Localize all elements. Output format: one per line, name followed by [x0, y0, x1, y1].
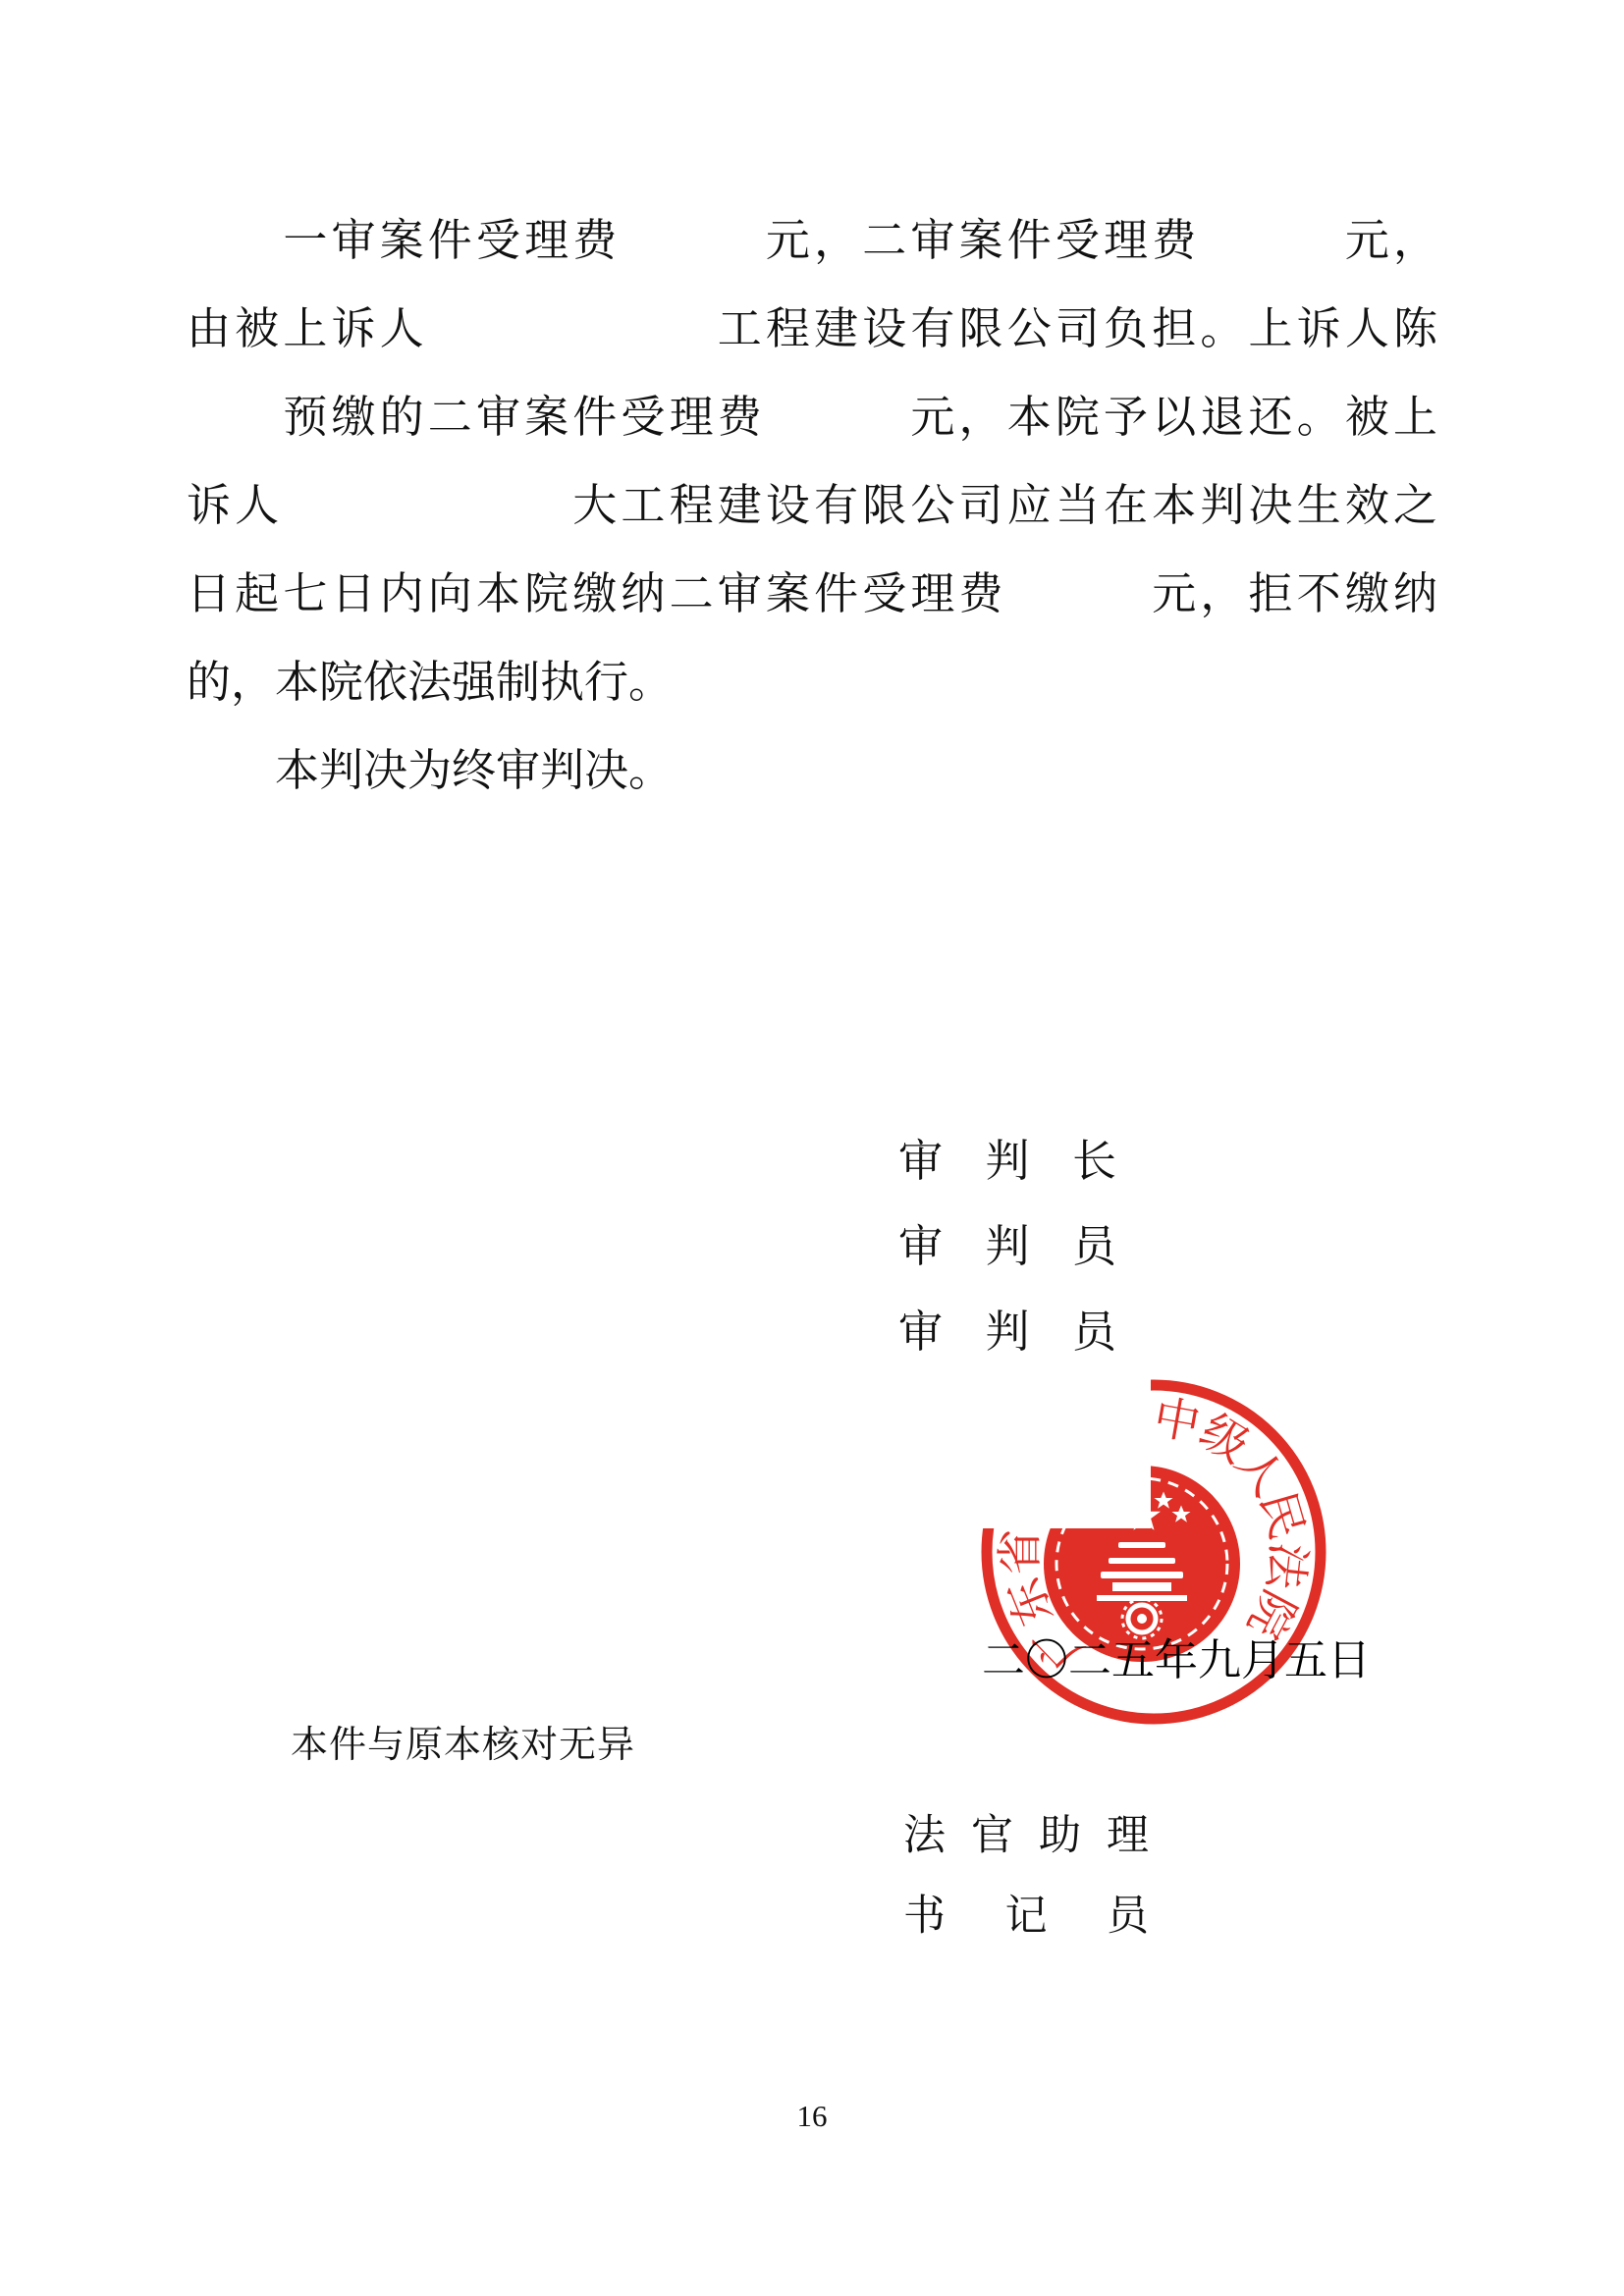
judge-title: 审判员: [898, 1204, 1116, 1290]
court-clerk-title: 书记员: [903, 1877, 1149, 1957]
body-line: 本判决为终审判决。: [187, 726, 1437, 815]
body-line: 由被上诉人 工程建设有限公司负担。上诉人陈: [187, 285, 1437, 373]
court-seal-stamp-icon: 广 东 省 中 级 人 民 法 院: [957, 1360, 1350, 1752]
presiding-judge-title: 审判长: [898, 1119, 1116, 1204]
judgment-date: 二〇二五年九月五日: [982, 1625, 1371, 1687]
verification-note: 本件与原本核对无异: [291, 1714, 635, 1768]
body-line: 预缴的二审案件受理费 元，本院予以退还。被上: [187, 373, 1437, 461]
judges-signature-block: 审判长 审判员 审判员: [898, 1119, 1116, 1375]
body-line: 诉人 大工程建设有限公司应当在本判决生效之: [187, 461, 1437, 550]
seal-redaction-block: [957, 1360, 1151, 1528]
judge-assistant-title: 法官助理: [903, 1796, 1149, 1877]
page-number: 16: [738, 2099, 886, 2134]
body-line: 日起七日内向本院缴纳二审案件受理费 元，拒不缴纳: [187, 550, 1437, 638]
judgment-page: 一审案件受理费 元，二审案件受理费 元， 由被上诉人 工程建设有限公司负担。上诉…: [0, 0, 1624, 2296]
body-line: 的，本院依法强制执行。: [187, 638, 1437, 726]
body-line: 一审案件受理费 元，二审案件受理费 元，: [187, 196, 1437, 285]
seal-char: 省: [996, 1529, 1047, 1575]
staff-signature-block: 法官助理 书记员: [903, 1796, 1149, 1957]
judgment-body: 一审案件受理费 元，二审案件受理费 元， 由被上诉人 工程建设有限公司负担。上诉…: [187, 196, 1437, 815]
